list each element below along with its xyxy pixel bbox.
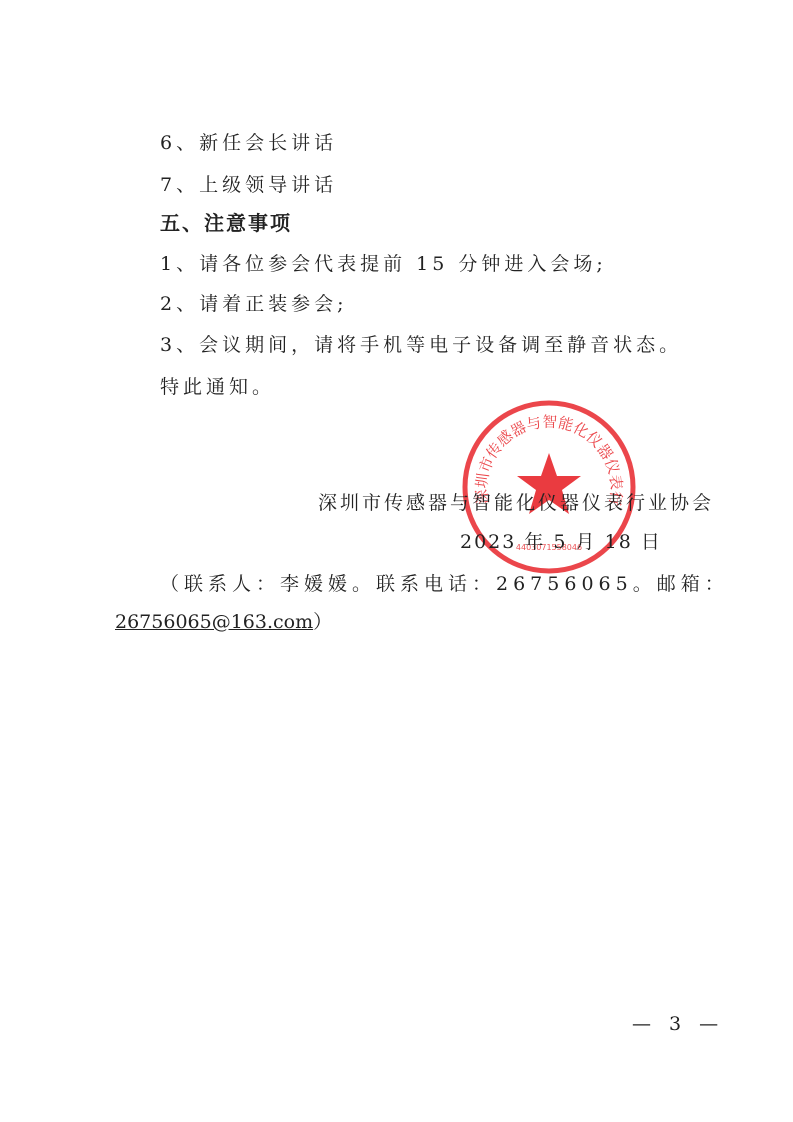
note-3: 3、会议期间，请将手机等电子设备调至静音状态。 [160,330,682,357]
page-number: — 3 — [632,1013,724,1035]
section-heading: 五、注意事项 [160,207,292,236]
note-2: 2、请着正装参会; [160,289,348,316]
note-1: 1、请各位参会代表提前 15 分钟进入会场; [160,249,607,276]
contact-email-link[interactable]: 26756065@163.com [115,611,313,633]
contact-close-paren: ） [313,611,332,633]
agenda-item-6: 6、新任会长讲话 [160,128,337,155]
contact-info: （联系人：李媛媛。联系电话：26756065。邮箱： [160,569,729,596]
agenda-item-7: 7、上级领导讲话 [160,170,337,197]
signature-date: 2023 年 5 月 18 日 [460,527,662,554]
closing-text: 特此通知。 [160,372,275,399]
signature-organization: 深圳市传感器与智能化仪器仪表行业协会 [318,488,714,515]
